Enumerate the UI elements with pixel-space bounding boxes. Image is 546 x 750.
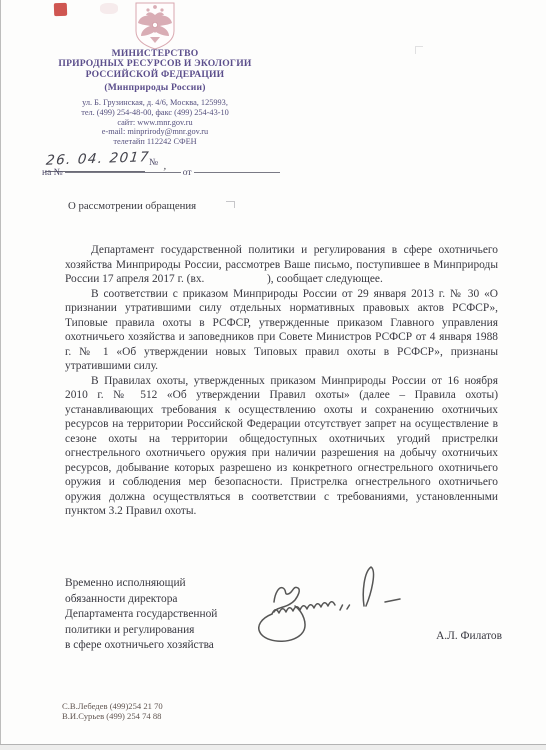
handwritten-signature-icon: [238, 560, 408, 660]
letterhead-address-block: ул. Б. Грузинская, д. 4/6, Москва, 12599…: [15, 98, 295, 147]
red-corner-stamp-icon: [54, 3, 67, 16]
incoming-number-label: на №: [42, 168, 63, 178]
incoming-reference-row: на №от: [42, 168, 282, 178]
from-date-blank-line: [194, 172, 280, 173]
scan-corner-mark: [415, 46, 423, 54]
number-sign-label: №: [149, 158, 158, 168]
executor-contact: С.В.Лебедев (499)254 21 70: [62, 701, 163, 711]
ministry-short-name: (Минприроды России): [15, 83, 295, 93]
signer-name: А.Л. Филатов: [398, 630, 502, 642]
address-line-teletype: телетайп 112242 СФЕН: [15, 137, 295, 147]
body-paragraph: В соответствии с приказом Минприроды Рос…: [65, 287, 498, 374]
scan-smudge: [100, 3, 118, 14]
ministry-line: РОССИЙСКОЙ ФЕДЕРАЦИИ: [15, 70, 295, 80]
scan-edge-left: [0, 0, 1, 750]
handwritten-date: 26. 04. 2017: [45, 149, 147, 169]
letter-body: Департамент государственной политики и р…: [65, 243, 498, 519]
body-paragraph: Департамент государственной политики и р…: [65, 243, 498, 287]
incoming-number-blank-line: [65, 172, 181, 173]
scan-corner-mark: [226, 201, 235, 208]
ministry-name-block: МИНИСТЕРСТВО ПРИРОДНЫХ РЕСУРСОВ И ЭКОЛОГ…: [15, 49, 295, 94]
executor-contact: В.И.Сурьев (499) 254 74 88: [62, 711, 163, 721]
scanned-letter-page: МИНИСТЕРСТВО ПРИРОДНЫХ РЕСУРСОВ И ЭКОЛОГ…: [0, 0, 546, 750]
body-paragraph: В Правилах охоты, утвержденных приказом …: [65, 374, 498, 519]
coat-of-arms-icon: [128, 2, 182, 50]
address-line-website: сайт: www.mnr.gov.ru: [15, 118, 295, 128]
executor-contacts-block: С.В.Лебедев (499)254 21 70 В.И.Сурьев (4…: [62, 701, 163, 721]
scan-edge-bottom: [0, 745, 546, 750]
letter-subject: О рассмотрении обращения: [68, 200, 196, 212]
from-label: от: [183, 168, 192, 178]
address-line-email: e-mail: minprirody@mnr.gov.ru: [15, 127, 295, 137]
address-line: ул. Б. Грузинская, д. 4/6, Москва, 12599…: [15, 98, 295, 108]
address-line: тел. (499) 254-48-00, факс (499) 254-43-…: [15, 108, 295, 118]
